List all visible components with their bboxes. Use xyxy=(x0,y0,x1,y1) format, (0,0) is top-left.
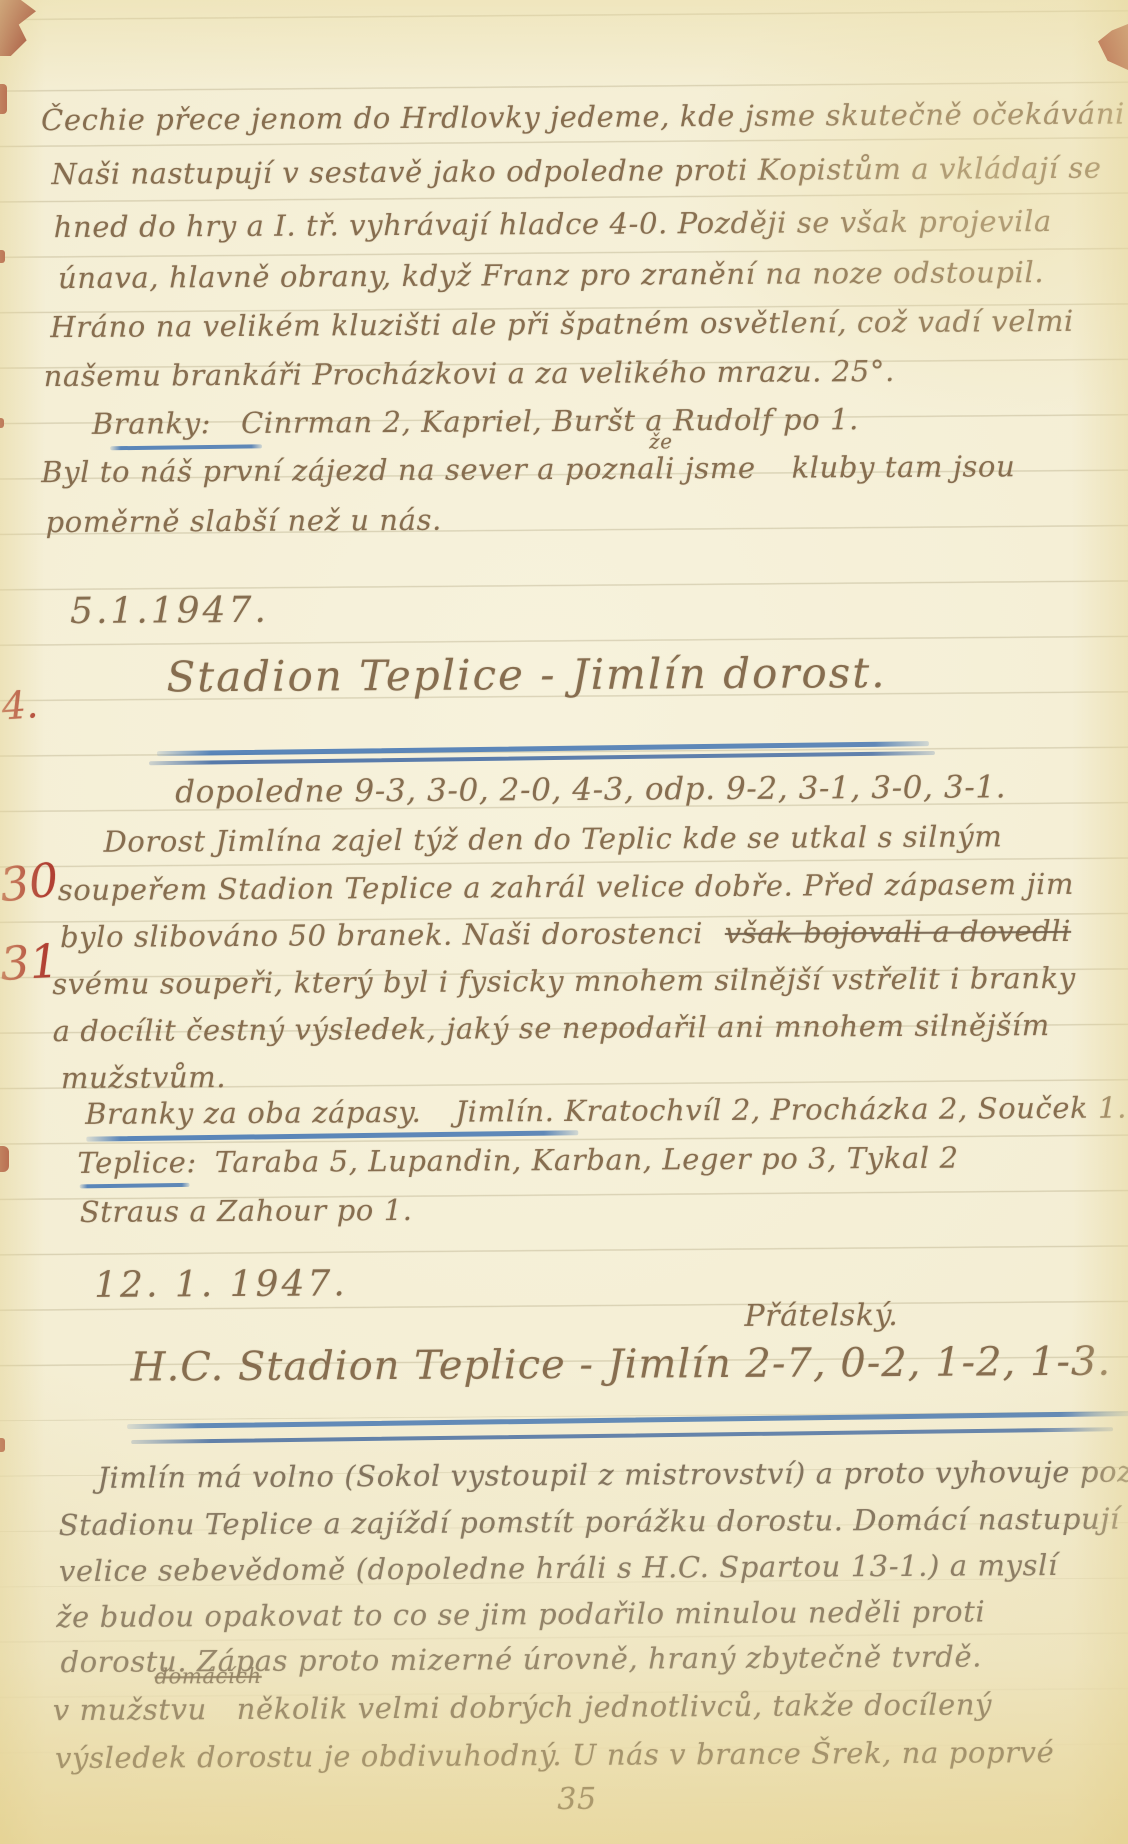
entry1-line: hned do hry a I. tř. vyhrávají hladce 4-… xyxy=(54,204,1052,244)
entry3-line: výsledek dorostu je obdivuhodný. U nás v… xyxy=(55,1735,1054,1775)
entry2-line: a docílit čestný výsledek, jaký se nepod… xyxy=(53,1008,1050,1048)
entry1-line: našemu brankáři Procházkovi a za velikéh… xyxy=(44,354,895,393)
entry3-line: velice sebevědomě (dopoledne hráli s H.C… xyxy=(59,1548,1058,1588)
entry2-scores: dopoledne 9-3, 3-0, 2-0, 4-3, odp. 9-2, … xyxy=(175,769,1006,810)
entry2-line: bylo slibováno 50 branek. Naši dorostenc… xyxy=(60,914,1071,954)
entry1-line: Čechie přece jenom do Hrdlovky jedeme, k… xyxy=(41,97,1125,138)
struck-phrase: však bojovali a dovedli xyxy=(725,914,1071,950)
entry3-title: H.C. Stadion Teplice - Jimlín 2-7, 0-2, … xyxy=(131,1339,1112,1391)
entry2-line: svému soupeři, který byl i fysicky mnohe… xyxy=(52,961,1076,1001)
blue-underline-title3 xyxy=(127,1411,1128,1429)
entry2-line: soupeřem Stadion Teplice a zahrál velice… xyxy=(58,867,1075,907)
entry2-teplice-line: Teplice:Taraba 5, Lupandin, Karban, Lege… xyxy=(77,1141,958,1180)
entry3-annotation: Přátelský. xyxy=(744,1298,898,1334)
margin-number: 30 xyxy=(0,852,61,912)
entry2-line: Dorost Jimlína zajel týž den do Teplic k… xyxy=(103,819,1002,858)
margin-number: 31 xyxy=(0,934,60,991)
entry1-line: únava, hlavně obrany, když Franz pro zra… xyxy=(58,255,1044,295)
blue-underline-goals1 xyxy=(110,444,262,450)
blue-underline-goals2 xyxy=(86,1130,578,1141)
entry1-line: poměrně slabší než u nás. xyxy=(45,503,441,539)
entry3-date: 12. 1. 1947. xyxy=(94,1263,348,1306)
inserted-word: že xyxy=(649,429,673,453)
blue-underline-teplice xyxy=(80,1183,190,1188)
entry2-date: 5.1.1947. xyxy=(70,590,269,632)
entry2-line: mužstvům. xyxy=(61,1060,226,1095)
goals-label: Branky: xyxy=(92,406,211,441)
teplice-label: Teplice: xyxy=(77,1145,197,1180)
page-number: 35 xyxy=(557,1782,597,1817)
entry1-line: Naši nastupují v sestavě jako odpoledne … xyxy=(51,151,1101,191)
entry3-line: že budou opakovat to co se jim podařilo … xyxy=(56,1594,985,1634)
entry3-line: Stadionu Teplice a zajíždí pomstít poráž… xyxy=(59,1502,1120,1542)
inserted-word: domácích xyxy=(155,1664,262,1689)
entry3-line: Jimlín má volno (Sokol vystoupil z mistr… xyxy=(97,1454,1128,1495)
goals-scorers: Cinrman 2, Kapriel, Buršt a Rudolf po 1. xyxy=(241,402,859,440)
entry1-line: Byl to náš první zájezd na sever a pozna… xyxy=(41,449,1015,489)
entry3-line: v mužstvu několik velmi dobrých jednotli… xyxy=(53,1687,992,1727)
entry2-teplice-cont: Straus a Zahour po 1. xyxy=(80,1193,413,1229)
goals-heading: Branky za oba zápasy. xyxy=(85,1095,421,1131)
entry2-goals-line: Branky za oba zápasy.Jimlín. Kratochvíl … xyxy=(85,1091,1127,1131)
notebook-page: Čechie přece jenom do Hrdlovky jedeme, k… xyxy=(0,0,1128,1844)
blue-underline-title3b xyxy=(131,1427,1113,1444)
entry2-title: Stadion Teplice - Jimlín dorost. xyxy=(166,648,886,701)
margin-number: 4. xyxy=(0,682,39,729)
goals-jimlin: Jimlín. Kratochvíl 2, Procházka 2, Souče… xyxy=(455,1091,1127,1129)
entry1-line: Hráno na velikém kluzišti ale při špatné… xyxy=(50,304,1074,344)
goals-teplice: Taraba 5, Lupandin, Karban, Leger po 3, … xyxy=(215,1141,959,1180)
entry1-goals-line: Branky:Cinrman 2, Kapriel, Buršt a Rudol… xyxy=(92,402,859,441)
